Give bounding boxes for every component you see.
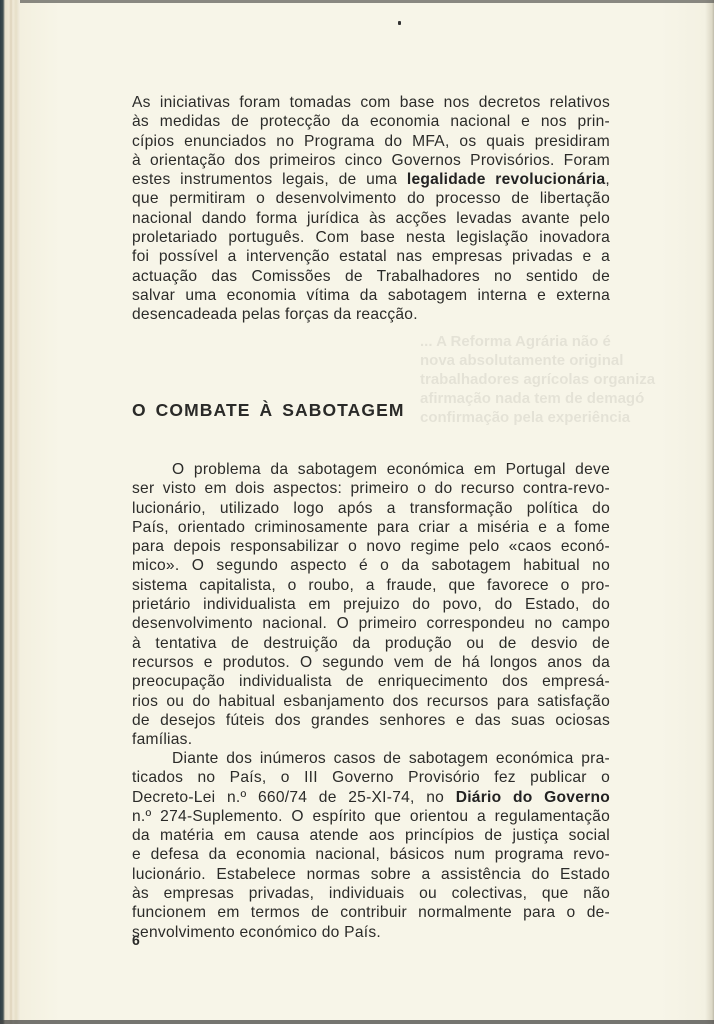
- text-line: à orientação dos primeiros cinco Governo…: [132, 151, 610, 170]
- text-line: preocupação individualista de enriquecim…: [132, 672, 610, 691]
- text-line: estes instrumentos legais, de uma legali…: [132, 170, 610, 189]
- page-number: 6: [132, 932, 140, 948]
- page-top-edge: [0, 0, 714, 3]
- text-line: cípios enunciados no Programa do MFA, os…: [132, 132, 610, 151]
- bleed-line: confirmação pela experiência: [420, 408, 680, 427]
- text-line: Decreto-Lei n.º 660/74 de 25-XI-74, no D…: [132, 788, 610, 807]
- text-line: às empresas privadas, individuais ou col…: [132, 884, 610, 903]
- page-bottom-edge: [0, 1020, 714, 1024]
- text-line: rios ou do habitual esbanjamento dos rec…: [132, 692, 610, 711]
- text-line: foi possível a intervenção estatal nas e…: [132, 247, 610, 266]
- text-line: desencadeada pelas forças da reacção.: [132, 305, 610, 324]
- text-segment: estes instrumentos legais, de uma: [132, 171, 407, 188]
- text-line: ser visto em dois aspectos: primeiro o d…: [132, 479, 610, 498]
- book-binding: [0, 0, 20, 1024]
- bleed-line: afirmação nada tem de demagó: [420, 389, 680, 408]
- emphasis-legalidade-revolucionaria: legalidade revolucionária: [407, 171, 606, 188]
- text-line: lucionário, utilizado logo após a transf…: [132, 499, 610, 518]
- intro-paragraph: As iniciativas foram tomadas com base no…: [132, 93, 610, 325]
- bleed-line: nova absolutamente original: [420, 351, 680, 370]
- text-line: n.º 274-Suplemento. O espírito que orien…: [132, 807, 610, 826]
- text-line: ticados no País, o III Governo Provisóri…: [132, 768, 610, 787]
- text-line: de desejos fúteis dos grandes senhores e…: [132, 711, 610, 730]
- text-line: salvar uma economia vítima da sabotagem …: [132, 286, 610, 305]
- text-line: recursos e produtos. O segundo vem de há…: [132, 653, 610, 672]
- text-line: mico». O segundo aspecto é o da sabotage…: [132, 556, 610, 575]
- bleed-line: trabalhadores agrícolas organiza: [420, 370, 680, 389]
- text-line: O problema da sabotagem económica em Por…: [132, 460, 610, 479]
- text-line: lucionário. Estabelece normas sobre a as…: [132, 865, 610, 884]
- emphasis-diario-do-governo: Diário do Governo: [456, 789, 610, 806]
- text-line: que permitiram o desenvolvimento do proc…: [132, 189, 610, 208]
- document-page: ... A Reforma Agrária não é nova absolut…: [0, 0, 714, 1024]
- text-segment: ,: [605, 171, 610, 188]
- text-line: sistema capitalista, o roubo, a fraude, …: [132, 576, 610, 595]
- text-line: para depois responsabilizar o novo regim…: [132, 537, 610, 556]
- text-line: prietário individualista em prejuizo do …: [132, 595, 610, 614]
- text-line: As iniciativas foram tomadas com base no…: [132, 93, 610, 112]
- text-line: proletariado português. Com base nesta l…: [132, 228, 610, 247]
- text-line: à tentativa de destruição da produção ou…: [132, 634, 610, 653]
- text-segment: Decreto-Lei n.º 660/74 de 25-XI-74, no: [132, 789, 456, 806]
- text-line: e defesa da economia nacional, básicos n…: [132, 845, 610, 864]
- text-line: senvolvimento económico do País.: [132, 923, 610, 942]
- text-line: famílias.: [132, 730, 610, 749]
- ink-speck: [398, 21, 401, 25]
- text-line: nacional dando forma jurídica às acções …: [132, 209, 610, 228]
- text-line: actuação das Comissões de Trabalhadores …: [132, 267, 610, 286]
- text-line: Diante dos inúmeros casos de sabotagem e…: [132, 749, 610, 768]
- bleed-through-text: ... A Reforma Agrária não é nova absolut…: [420, 332, 680, 452]
- text-line: às medidas de protecção da economia naci…: [132, 112, 610, 131]
- bleed-line: ... A Reforma Agrária não é: [420, 332, 680, 351]
- section-heading: O COMBATE À SABOTAGEM: [132, 400, 405, 421]
- text-line: País, orientado criminosamente para cria…: [132, 518, 610, 537]
- text-line: funcionem em termos de contribuir normal…: [132, 903, 610, 922]
- paragraph-decree: Diante dos inúmeros casos de sabotagem e…: [132, 749, 610, 942]
- text-line: da matéria em causa atende aos princípio…: [132, 826, 610, 845]
- paragraph-sabotage-problem: O problema da sabotagem económica em Por…: [132, 460, 610, 749]
- text-line: desenvolvimento nacional. O primeiro cor…: [132, 614, 610, 633]
